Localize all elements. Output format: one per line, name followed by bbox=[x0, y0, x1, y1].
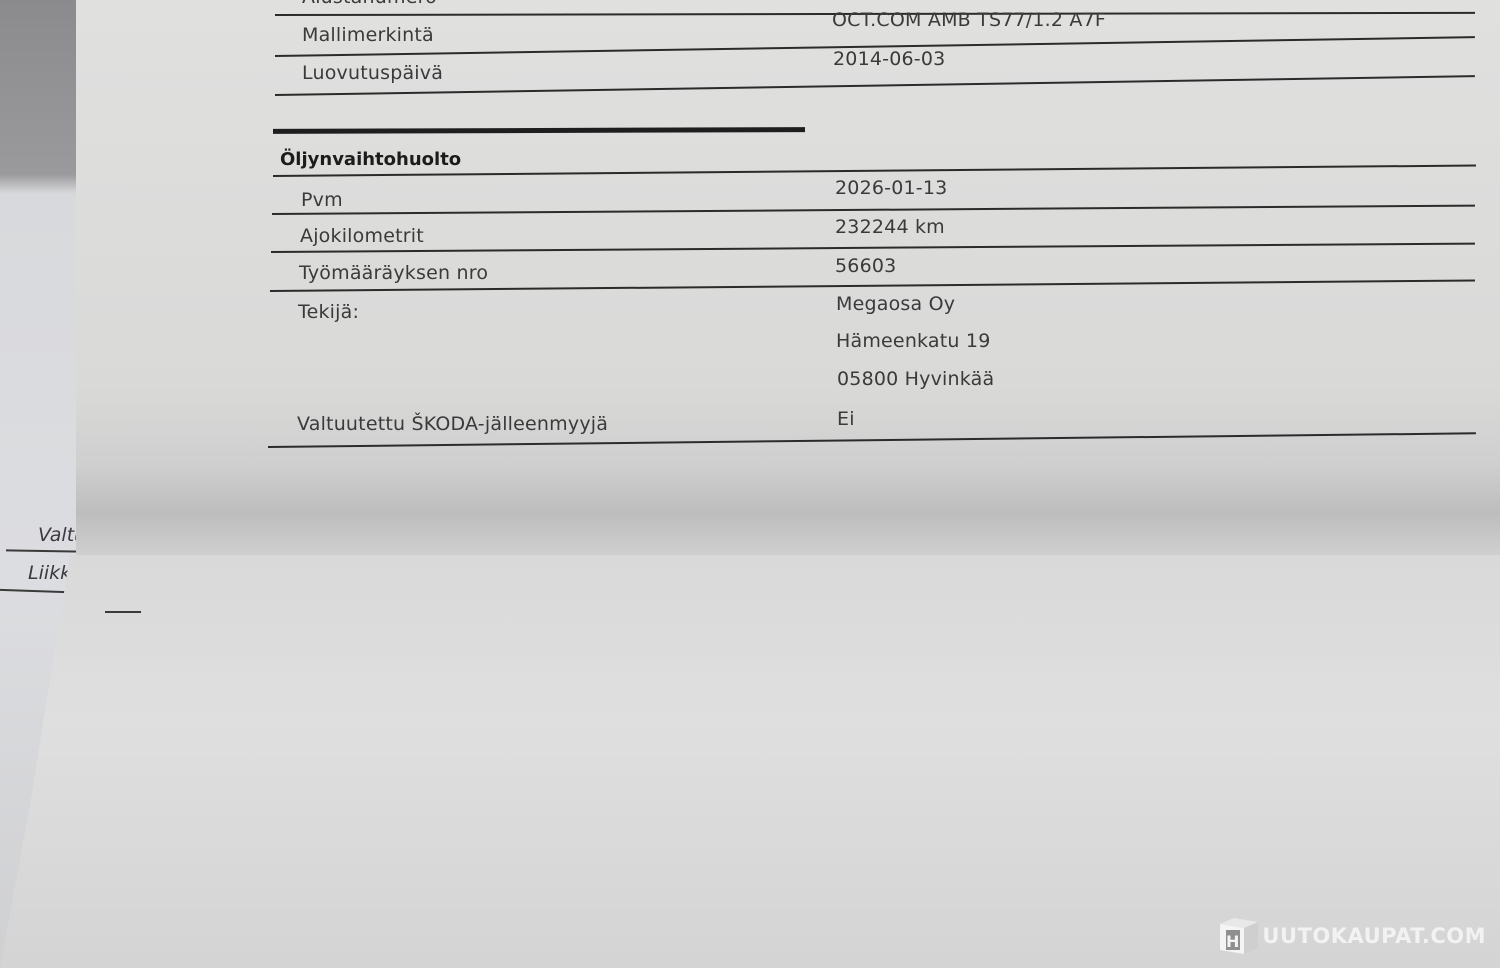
row-value-model: OCT.COM AMB TS77/1.2 A7F bbox=[832, 9, 1106, 31]
row-value-postal: 05800 Hyvinkää bbox=[837, 368, 994, 390]
row-label-mileage: Ajokilometrit bbox=[300, 225, 424, 247]
row-label-model: Mallimerkintä bbox=[302, 24, 434, 46]
row-label-performed-by: Tekijä: bbox=[298, 301, 359, 323]
watermark-text: UUTOKAUPAT.COM bbox=[1262, 924, 1486, 948]
row-label-chassis: Alustanumero bbox=[302, 0, 437, 8]
box-logo-icon: H bbox=[1216, 916, 1260, 956]
row-value-authorized-dealer: Ei bbox=[837, 408, 855, 430]
paper-fold bbox=[0, 555, 1500, 968]
row-value-street: Hämeenkatu 19 bbox=[836, 330, 990, 352]
row-value-delivery-date: 2014-06-03 bbox=[833, 48, 945, 70]
row-value-work-order: 56603 bbox=[835, 255, 896, 277]
section-title: Öljynvaihtohuolto bbox=[280, 149, 461, 170]
row-value-mileage: 232244 km bbox=[835, 216, 945, 238]
watermark-logo: H UUTOKAUPAT.COM bbox=[1216, 916, 1486, 956]
row-value-date: 2026-01-13 bbox=[835, 177, 947, 199]
svg-text:H: H bbox=[1226, 932, 1240, 951]
underlying-label-2: Liikk bbox=[28, 562, 71, 584]
row-value-company: Megaosa Oy bbox=[836, 293, 955, 315]
row-label-authorized-dealer: Valtuutettu ŠKODA-jälleenmyyjä bbox=[297, 413, 608, 435]
underlying-rule bbox=[105, 611, 141, 613]
row-label-date: Pvm bbox=[301, 189, 343, 211]
row-label-delivery-date: Luovutuspäivä bbox=[302, 62, 443, 84]
row-label-work-order: Työmääräyksen nro bbox=[299, 262, 488, 284]
